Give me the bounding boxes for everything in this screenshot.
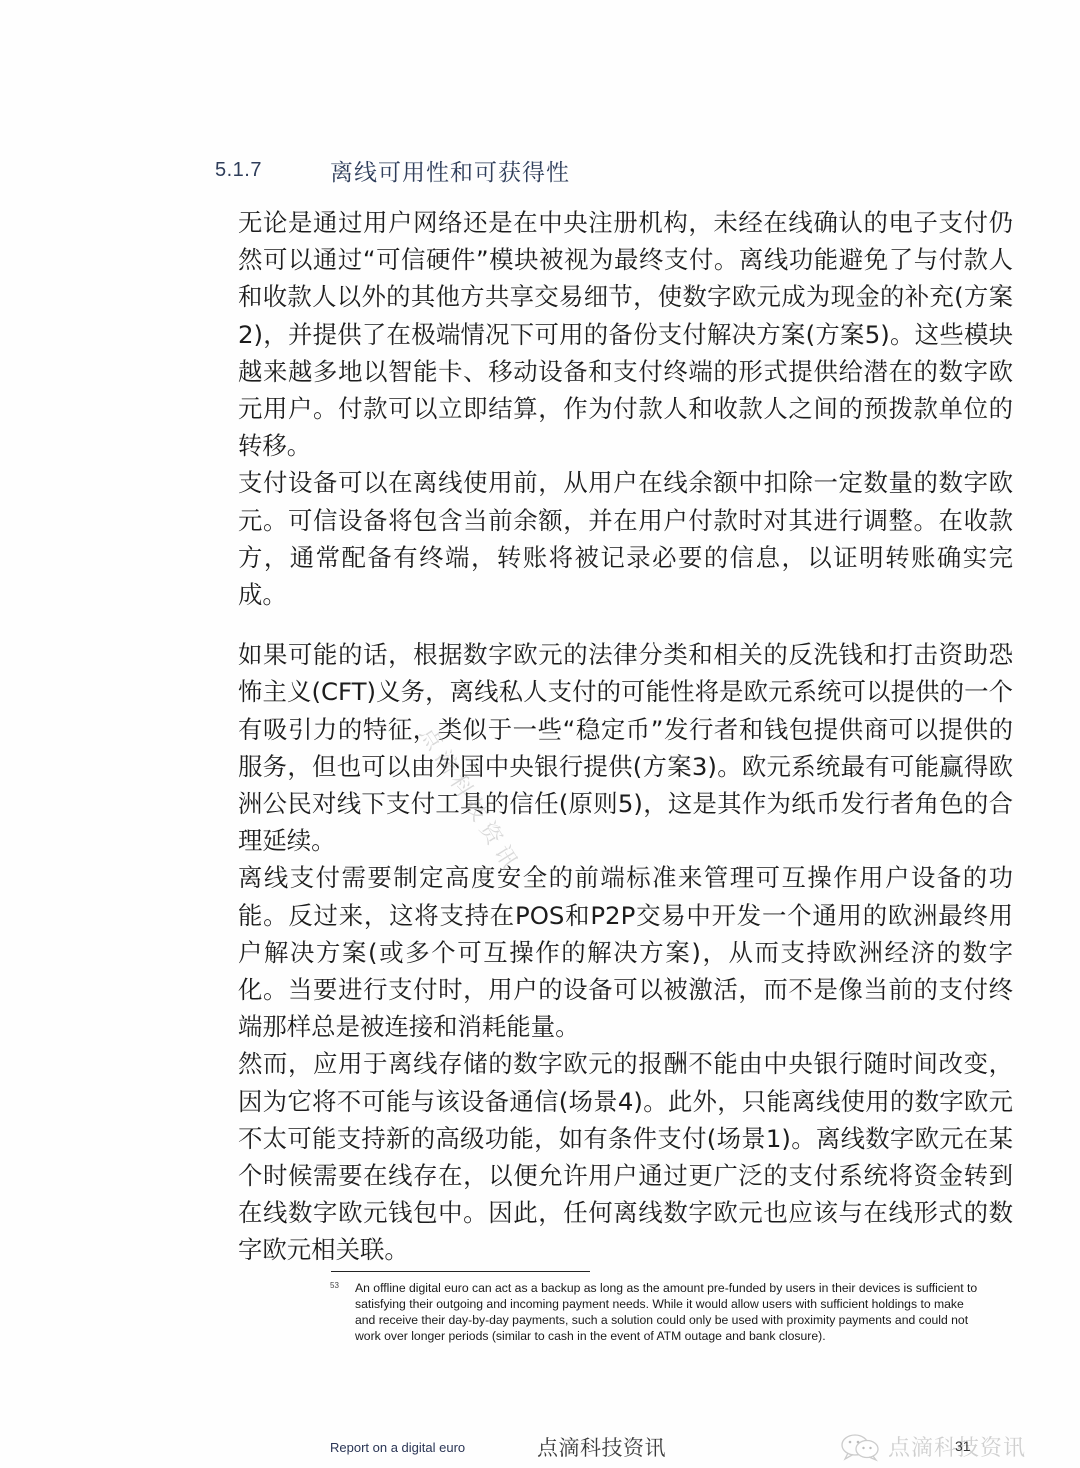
footer-report-title: Report on a digital euro [330, 1440, 465, 1455]
section-number: 5.1.7 [215, 159, 330, 182]
section-title: 离线可用性和可获得性 [330, 154, 570, 187]
footnote-separator [331, 1271, 590, 1272]
paragraph-offline-finality: 无论是通过用户网络还是在中央注册机构，未经在线确认的电子支付仍然可以通过“可信硬… [238, 204, 1013, 464]
wechat-watermark: 点滴科技资讯 [840, 1431, 1026, 1462]
footnote: 53 An offline digital euro can act as a … [330, 1280, 980, 1344]
footnote-text: An offline digital euro can act as a bac… [355, 1280, 980, 1344]
footer-brand: 点滴科技资讯 [537, 1432, 666, 1462]
paragraph-device-balance: 支付设备可以在离线使用前，从用户在线余额中扣除一定数量的数字欧元。可信设备将包含… [238, 464, 1013, 613]
page-number: 31 [955, 1438, 971, 1454]
document-page: 5.1.7 离线可用性和可获得性 无论是通过用户网络还是在中央注册机构，未经在线… [0, 0, 1080, 1468]
footnote-number: 53 [330, 1280, 355, 1344]
paragraph-offline-privacy: 如果可能的话，根据数字欧元的法律分类和相关的反洗钱和打击资助恐怖主义(CFT)义… [238, 636, 1013, 859]
section-heading: 5.1.7 离线可用性和可获得性 [215, 152, 570, 188]
paragraph-front-end-standards: 离线支付需要制定高度安全的前端标准来管理可互操作用户设备的功能。反过来，这将支持… [238, 859, 1013, 1045]
body-text: 无论是通过用户网络还是在中央注册机构，未经在线确认的电子支付仍然可以通过“可信硬… [238, 204, 1013, 1269]
paragraph-remuneration-limits: 然而，应用于离线存储的数字欧元的报酬不能由中央银行随时间改变，因为它将不可能与该… [238, 1045, 1013, 1268]
wechat-icon [840, 1432, 882, 1462]
